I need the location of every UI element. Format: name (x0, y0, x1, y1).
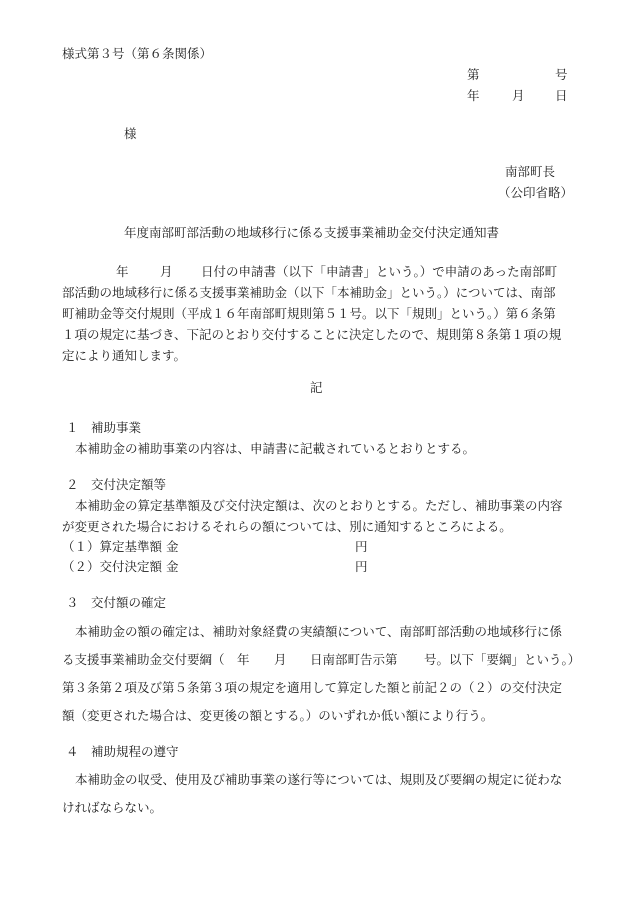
section-1-heading: １ 補助事業 (66, 422, 141, 435)
section-3-line-2a: る支援事業補助金交付要綱（ (62, 654, 225, 667)
section-2-heading: ２ 交付決定額等 (66, 479, 166, 492)
section-3-line-2c: 号。以下「要綱」という。） (424, 654, 580, 667)
form-label: 様式第３号（第６条関係） (62, 48, 212, 61)
intro-line-1: 日付の申請書（以下「申請書」という。）で申請のあった南部町 (201, 266, 557, 279)
amount-item-unit: 円 (355, 541, 368, 554)
doc-date-day: 日 (555, 90, 568, 103)
section-3-line-1: 本補助金の額の確定は、補助対象経費の実績額について、南部町部活動の地域移行に係 (75, 626, 562, 639)
section-1-body: 本補助金の補助事業の内容は、申請書に記載されているとおりとする。 (75, 443, 475, 456)
intro-line-4: １項の規定に基づき、下記のとおり交付することに決定したので、規則第８条第１項の規 (62, 329, 561, 342)
addressee-honorific: 様 (124, 128, 137, 141)
amount-item-unit: 円 (355, 561, 368, 574)
intro-line-3: 町補助金等交付規則（平成１６年南部町規則第５１号。以下「規則」という。）第６条第 (62, 308, 556, 321)
doc-date-year: 年 (467, 90, 480, 103)
section-4-heading: ４ 補助規程の遵守 (66, 746, 179, 759)
issuer-seal-note: （公印省略） (498, 187, 573, 200)
section-2-body-line-1: 本補助金の算定基準額及び交付決定額は、次のとおりとする。ただし、補助事業の内容 (75, 500, 563, 513)
intro-line-2: 部活動の地域移行に係る支援事業補助金（以下「本補助金」という。）については、南部 (62, 287, 556, 300)
section-3-line-3: 第３条第２項及び第５条第３項の規定を適用して算定した額と前記２の（２）の交付決定 (62, 682, 562, 695)
amount-item-label: （１）算定基準額 金 (62, 541, 178, 554)
doc-number-prefix: 第 (467, 69, 480, 82)
section-2-body-line-2: が変更された場合におけるそれらの額については、別に通知するところによる。 (62, 521, 512, 534)
document-title: 年度南部町部活動の地域移行に係る支援事業補助金交付決定通知書 (124, 227, 499, 240)
section-3-heading: ３ 交付額の確定 (66, 597, 166, 610)
section-4-line-1: 本補助金の収受、使用及び補助事業の遂行等については、規則及び要綱の規定に従わな (75, 774, 562, 787)
section-3-line-2-year: 年 (237, 654, 250, 667)
section-3-line-4: 額（変更された場合は、変更後の額とする。）のいずれか低い額により行う。 (62, 710, 493, 723)
section-4-line-2: ければならない。 (62, 802, 162, 815)
intro-date-month: 月 (160, 266, 173, 279)
doc-number-suffix: 号 (555, 69, 568, 82)
ki-heading: 記 (310, 382, 323, 395)
amount-item-label: （２）交付決定額 金 (62, 561, 178, 574)
doc-date-month: 月 (512, 90, 525, 103)
section-3-line-2b: 日南部町告示第 (310, 654, 398, 667)
issuer-name: 南部町長 (505, 166, 555, 179)
intro-date-year: 年 (116, 266, 129, 279)
intro-line-5: 定により通知します。 (62, 350, 186, 363)
section-3-line-2-month: 月 (274, 654, 287, 667)
